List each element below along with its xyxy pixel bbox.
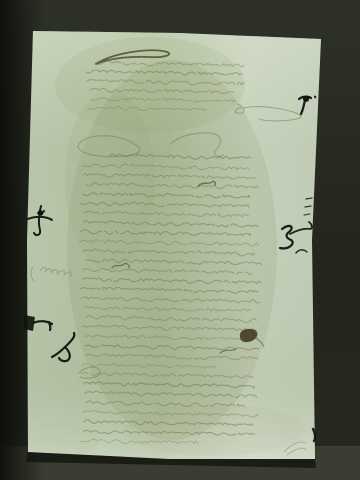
ink-seven-blob <box>303 96 309 102</box>
stain <box>125 404 305 456</box>
manuscript-photograph <box>0 0 360 480</box>
scene-canvas <box>0 0 360 480</box>
ink-cross-blob <box>38 210 43 216</box>
paper-sheet <box>20 31 321 459</box>
stain <box>65 90 155 270</box>
